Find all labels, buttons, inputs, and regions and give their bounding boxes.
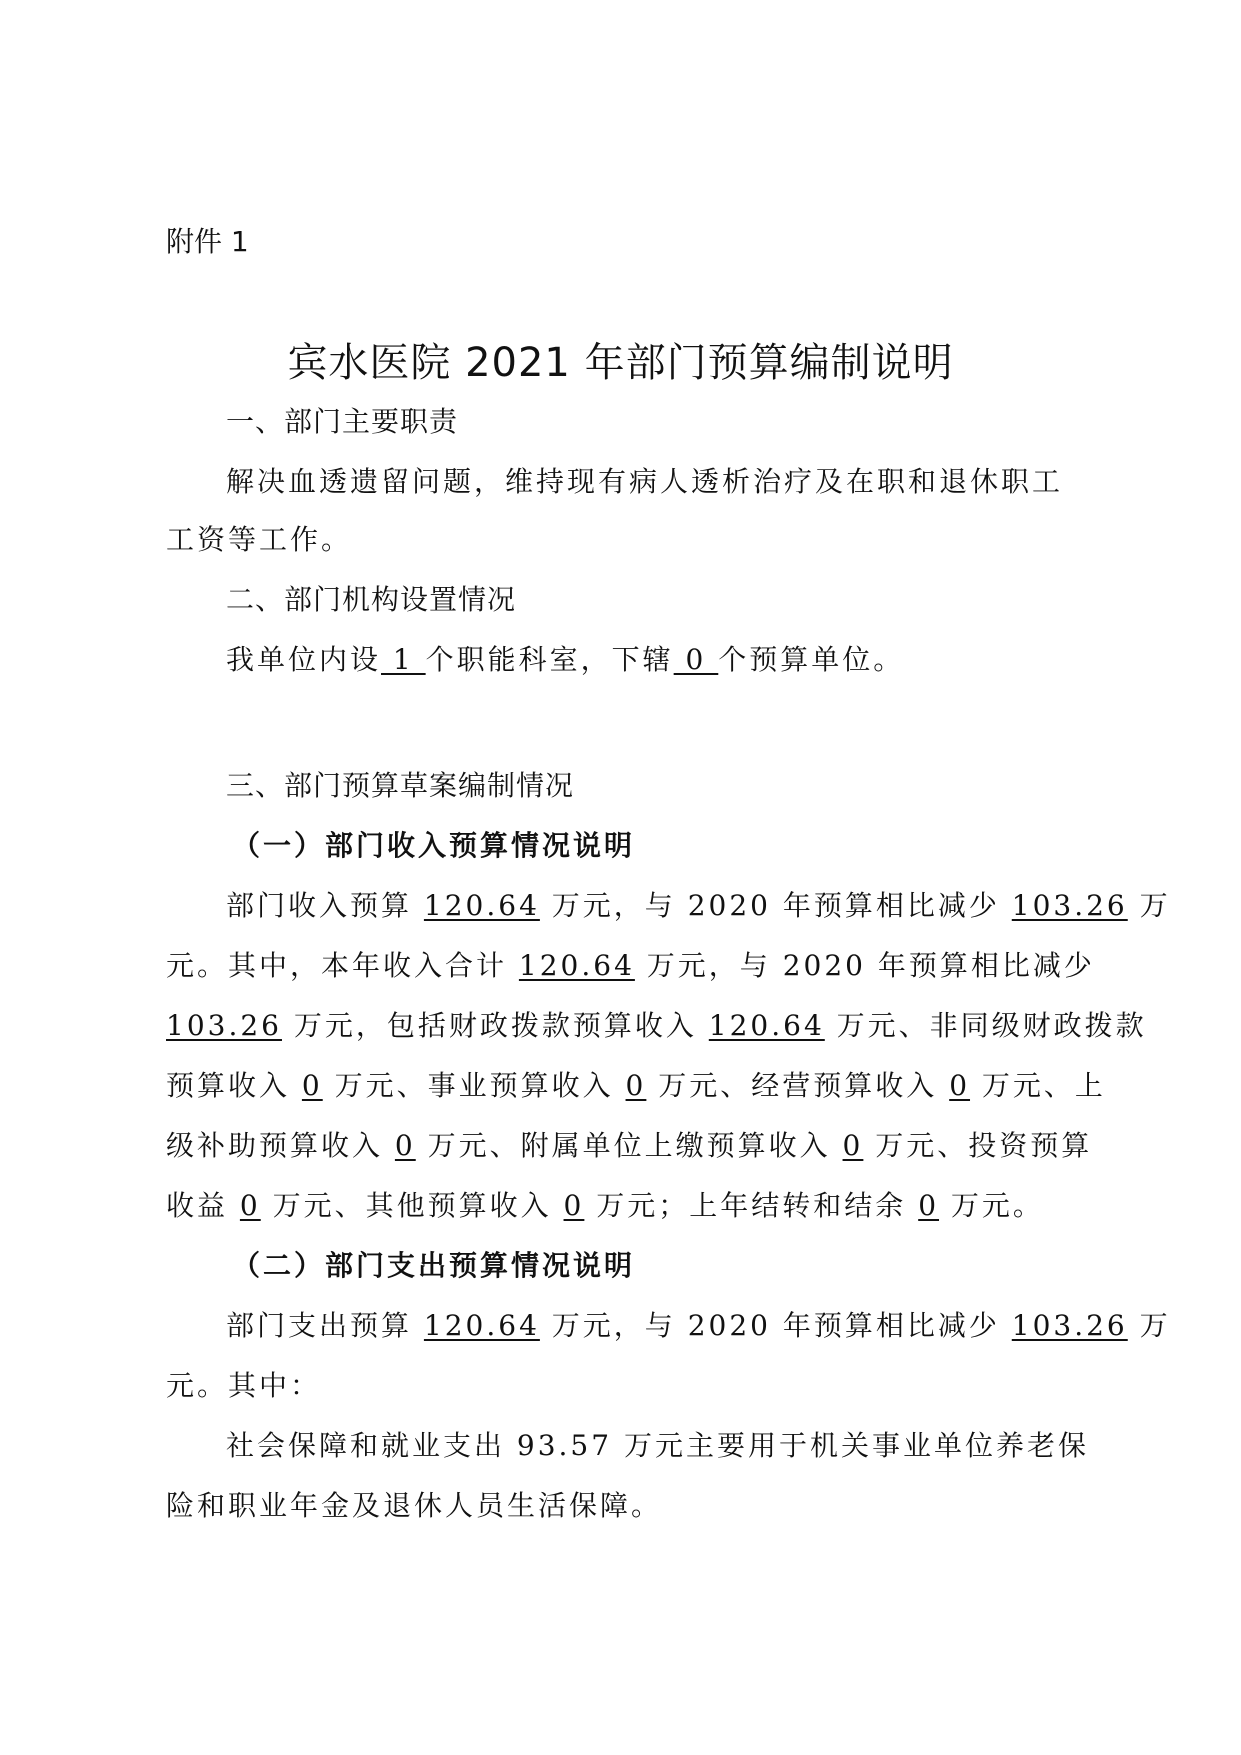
income-decrease: 103.26	[1012, 889, 1128, 922]
year-income-total: 120.64	[519, 949, 635, 982]
expense-decrease: 103.26	[1012, 1309, 1128, 1342]
carryover: 0	[918, 1189, 939, 1222]
text: 万元、投资预算	[863, 1129, 1092, 1162]
text: 万元、附属单位上缴预算收入	[416, 1129, 843, 1162]
text: 预算收入	[166, 1069, 302, 1102]
superior-income: 0	[395, 1129, 416, 1162]
income-line2: 元。其中，本年收入合计 120.64 万元，与 2020 年预算相比减少	[166, 946, 1095, 986]
section2-heading: 二、部门机构设置情况	[226, 580, 516, 620]
expense-line3: 社会保障和就业支出 93.57 万元主要用于机关事业单位养老保	[226, 1426, 1089, 1466]
career-income: 0	[626, 1069, 647, 1102]
year-income-decrease: 103.26	[166, 1009, 282, 1042]
income-line4: 预算收入 0 万元、事业预算收入 0 万元、经营预算收入 0 万元、上	[166, 1066, 1106, 1106]
text: 部门支出预算	[226, 1309, 424, 1342]
expense-line1: 部门支出预算 120.64 万元，与 2020 年预算相比减少 103.26 万	[226, 1306, 1171, 1346]
text: 万	[1128, 1309, 1171, 1342]
section1-paragraph-line2: 工资等工作。	[166, 520, 352, 560]
text: 万元，包括财政拨款预算收入	[282, 1009, 709, 1042]
other-income: 0	[564, 1189, 585, 1222]
text: 我单位内设	[226, 643, 381, 676]
text: 万元。	[939, 1189, 1044, 1222]
text: 部门收入预算	[226, 889, 424, 922]
section3-heading: 三、部门预算草案编制情况	[226, 766, 574, 806]
text: 元。其中，本年收入合计	[166, 949, 519, 982]
income-line5: 级补助预算收入 0 万元、附属单位上缴预算收入 0 万元、投资预算	[166, 1126, 1092, 1166]
text: 个职能科室，下辖	[426, 643, 674, 676]
income-line1: 部门收入预算 120.64 万元，与 2020 年预算相比减少 103.26 万	[226, 886, 1171, 926]
investment-income: 0	[240, 1189, 261, 1222]
text: 万	[1128, 889, 1171, 922]
document-page: 附件 1 宾水医院 2021 年部门预算编制说明 一、部门主要职责 解决血透遗留…	[0, 0, 1241, 1755]
text: 个预算单位。	[718, 643, 904, 676]
text: 级补助预算收入	[166, 1129, 395, 1162]
income-line3: 103.26 万元，包括财政拨款预算收入 120.64 万元、非同级财政拨款	[166, 1006, 1147, 1046]
affiliated-income: 0	[843, 1129, 864, 1162]
section2-paragraph: 我单位内设 1 个职能科室，下辖 0 个预算单位。	[226, 640, 904, 680]
text: 万元；上年结转和结余	[584, 1189, 918, 1222]
text: 万元、其他预算收入	[261, 1189, 564, 1222]
document-title: 宾水医院 2021 年部门预算编制说明	[0, 338, 1241, 388]
income-subheading: （一）部门收入预算情况说明	[232, 826, 635, 866]
text: 万元、经营预算收入	[646, 1069, 949, 1102]
text: 万元、非同级财政拨款	[825, 1009, 1147, 1042]
nonlevel-income: 0	[302, 1069, 323, 1102]
text: 万元，与 2020 年预算相比减少	[540, 889, 1012, 922]
unit-count: 0	[674, 643, 719, 676]
section1-heading: 一、部门主要职责	[226, 402, 458, 442]
text: 万元、事业预算收入	[323, 1069, 626, 1102]
expense-total: 120.64	[424, 1309, 540, 1342]
expense-line2: 元。其中：	[166, 1366, 321, 1406]
income-total: 120.64	[424, 889, 540, 922]
income-line6: 收益 0 万元、其他预算收入 0 万元；上年结转和结余 0 万元。	[166, 1186, 1044, 1226]
text: 万元，与 2020 年预算相比减少	[635, 949, 1095, 982]
text: 万元，与 2020 年预算相比减少	[540, 1309, 1012, 1342]
text: 收益	[166, 1189, 240, 1222]
expense-line4: 险和职业年金及退休人员生活保障。	[166, 1486, 662, 1526]
expense-subheading: （二）部门支出预算情况说明	[232, 1246, 635, 1286]
attachment-label: 附件 1	[166, 222, 249, 262]
fiscal-income: 120.64	[709, 1009, 825, 1042]
operating-income: 0	[949, 1069, 970, 1102]
text: 万元、上	[970, 1069, 1106, 1102]
section1-paragraph-line1: 解决血透遗留问题，维持现有病人透析治疗及在职和退休职工	[226, 462, 1063, 502]
dept-count: 1	[381, 643, 426, 676]
